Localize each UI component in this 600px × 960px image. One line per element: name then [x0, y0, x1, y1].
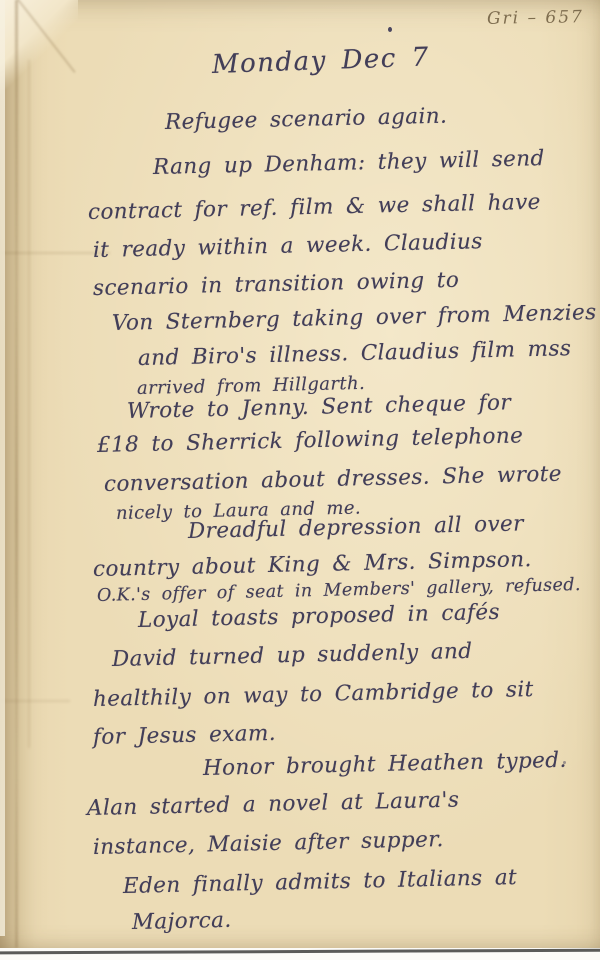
scanned-diary-page: Gri – 657 Monday Dec 7 Refugee scenario …: [0, 0, 600, 960]
diary-line: conversation about dresses. She wrote: [104, 462, 562, 497]
diary-line: Eden finally admits to Italians at: [123, 865, 518, 899]
diary-line: healthily on way to Cambridge to sit: [93, 677, 534, 712]
diary-line: and Biro's illness. Claudius film mss: [138, 336, 572, 371]
page-fold-corner: [0, 0, 78, 96]
diary-line: Majorca.: [132, 908, 232, 935]
diary-line: Von Sternberg taking over from Menzies: [112, 300, 597, 336]
diary-line: Honor brought Heathen typed.: [203, 748, 567, 781]
vertical-crease: [15, 0, 18, 948]
diary-line: Refugee scenario again.: [165, 104, 448, 135]
vertical-crease: [28, 60, 30, 748]
ink-speck: [388, 27, 392, 32]
diary-line: instance, Maisie after supper.: [93, 827, 444, 860]
diary-line: contract for ref. film & we shall have: [88, 190, 541, 225]
archive-number-pencil: Gri – 657: [487, 7, 584, 29]
diary-line: £18 to Sherrick following telephone: [97, 423, 524, 458]
diary-line: for Jesus exam.: [93, 721, 277, 750]
diary-line: scenario in transition owing to: [93, 268, 460, 301]
page-edge-sliver: [0, 0, 5, 936]
diary-line: David turned up suddenly and: [112, 639, 473, 672]
diary-line: Loyal toasts proposed in cafés: [138, 600, 501, 633]
diary-line: it ready within a week. Claudius: [93, 229, 483, 263]
diary-line: Alan started a novel at Laura's: [87, 788, 460, 821]
diary-line: Rang up Denham: they will send: [153, 146, 545, 180]
diary-paper: Gri – 657 Monday Dec 7 Refugee scenario …: [0, 0, 600, 948]
horizontal-crease: [0, 700, 70, 702]
entry-date-heading: Monday Dec 7: [211, 42, 430, 80]
